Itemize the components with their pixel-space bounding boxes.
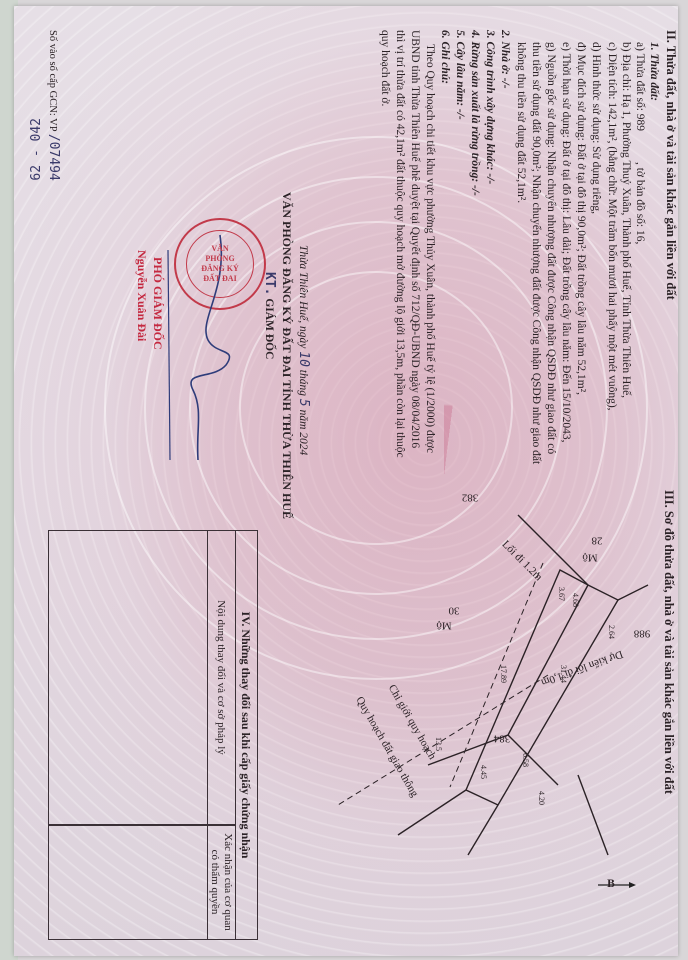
parcel-384-label: 384	[494, 732, 511, 744]
authority-line-2: có thẩm quyền	[208, 825, 221, 939]
parcel-988-label: 988	[634, 627, 651, 639]
note-line-1: Theo Quy hoạch chi tiết khu vực phường T…	[423, 44, 437, 453]
deputy-title: PHÓ GIÁM ĐỐC	[151, 257, 165, 350]
note-line-4: quy hoạch đất ở.	[378, 30, 392, 106]
note-line-3: thì vị trí thửa đất có 42,1m² đất thuộc …	[393, 30, 407, 458]
house-line: 2. Nhà ở: -/-	[498, 30, 512, 89]
parcel-number: a) Thửa đất số: 989 , tờ bản đồ số: 16,	[633, 42, 647, 244]
office-name: VĂN PHÒNG ĐĂNG KÝ ĐẤT ĐAI TỈNH THỪA THIÊ…	[279, 192, 294, 519]
parcel-number-text: a) Thửa đất số: 989	[634, 42, 646, 131]
forest-line: 4. Rừng sản xuất là rừng trồng: -/-	[468, 30, 482, 196]
stamp-center-text: VĂN PHÒNG ĐĂNG KÝ ĐẤT ĐAI	[201, 244, 239, 284]
dim-label: 31.44	[559, 665, 568, 683]
dim-label: 2.64	[607, 625, 616, 639]
dim-label: 17.89	[499, 665, 508, 683]
grave-1-label: Mộ	[582, 552, 597, 564]
dim-label: 13.5	[434, 737, 443, 751]
stamp-line: VĂN	[201, 244, 239, 254]
usage-origin-1: g) Nguồn gốc sử dụng: Nhận chuyển nhượng…	[544, 42, 558, 454]
dim-label: 4.45	[479, 765, 488, 779]
usage-purpose: đ) Mục đích sử dụng: Đất ở tại đô thị 90…	[574, 42, 588, 395]
authority-line-1: Xác nhận của cơ quan	[221, 825, 234, 939]
month-handwritten: 5	[296, 399, 311, 407]
usage-origin-3: không thu tiền sử dụng đất 52,1m².	[514, 42, 528, 203]
dim-label: 4.68	[571, 593, 580, 607]
year-label: năm 2024	[297, 410, 309, 456]
usage-form: d) Hình thức sử dụng: Sử dụng riêng,	[589, 42, 603, 214]
note-line-2: UBND tỉnh Thừa Thiên Huế phê duyệt tại Q…	[408, 30, 422, 448]
dim-label: 3.67	[557, 587, 566, 601]
changes-table: IV. Những thay đổi sau khi cấp giấy chứn…	[48, 530, 258, 940]
place-date: Thừa Thiên Huế, ngày 10 tháng 5 năm 2024	[296, 245, 310, 455]
registry-line: Số vào sổ cấp GCN: VP /07494	[45, 30, 60, 181]
stamp-line: ĐĂNG KÝ	[201, 264, 239, 274]
registry-handwritten: 62 - 042	[30, 118, 44, 181]
perennial-line: 5. Cây lâu năm: -/-	[453, 30, 467, 120]
parcel-382-label: 382	[462, 491, 479, 503]
grave-2-label: Mộ	[436, 620, 451, 632]
section-3-title: III. Sơ đồ thửa đất, nhà ở và tài sản kh…	[661, 490, 676, 794]
place-date-prefix: Thừa Thiên Huế, ngày	[297, 245, 309, 348]
parcel-30-label: 30	[449, 605, 460, 617]
day-handwritten: 10	[296, 351, 311, 367]
usage-term: e) Thời hạn sử dụng: Đất ở tại đô thị: L…	[559, 42, 573, 442]
section-4-title: IV. Những thay đổi sau khi cấp giấy chứn…	[235, 531, 257, 939]
section-2-title: II. Thửa đất, nhà ở và tài sản khác gắn …	[663, 30, 678, 300]
notes-heading: 6. Ghi chú:	[438, 30, 452, 84]
month-label: tháng	[297, 370, 309, 396]
land-heading: 1. Thửa đất:	[647, 42, 661, 101]
stamp-line: ĐẤT ĐAI	[201, 274, 239, 284]
registry-label: Số vào sổ cấp GCN: VP	[47, 30, 58, 131]
signer-name: Nguyễn Xuân Đài	[135, 250, 149, 341]
column-divider	[48, 824, 235, 826]
address: b) Địa chỉ: Hạ 1, Phường Thuỷ Xuân, Thàn…	[619, 42, 633, 398]
rotated-document: II. Thửa đất, nhà ở và tài sản khác gắn …	[0, 0, 688, 960]
changes-content-header: Nội dung thay đổi và cơ sở pháp lý	[207, 531, 235, 824]
parcel-diagram: Lối đi 1.2m 382 28 Mộ 30 Mộ 988 Dự kiến …	[238, 475, 658, 955]
usage-origin-2: thu tiền sử dụng đất 90,0m²; Nhận chuyển…	[529, 42, 543, 464]
area: c) Diện tích: 142,1m², (bằng chữ: Một tr…	[605, 42, 619, 411]
dim-label: 4.20	[537, 791, 546, 805]
parcel-lines	[238, 475, 658, 955]
authority-confirmation-header: Xác nhận của cơ quan có thẩm quyền	[207, 825, 235, 939]
stamp-line: PHÒNG	[201, 254, 239, 264]
other-construction-line: 3. Công trình xây dựng khác: -/-	[483, 30, 497, 184]
registry-number: /07494	[46, 134, 61, 181]
map-sheet-text: , tờ bản đồ số: 16,	[634, 162, 646, 244]
parcel-28-label: 28	[592, 535, 603, 547]
dim-label: 6.58	[521, 753, 530, 767]
